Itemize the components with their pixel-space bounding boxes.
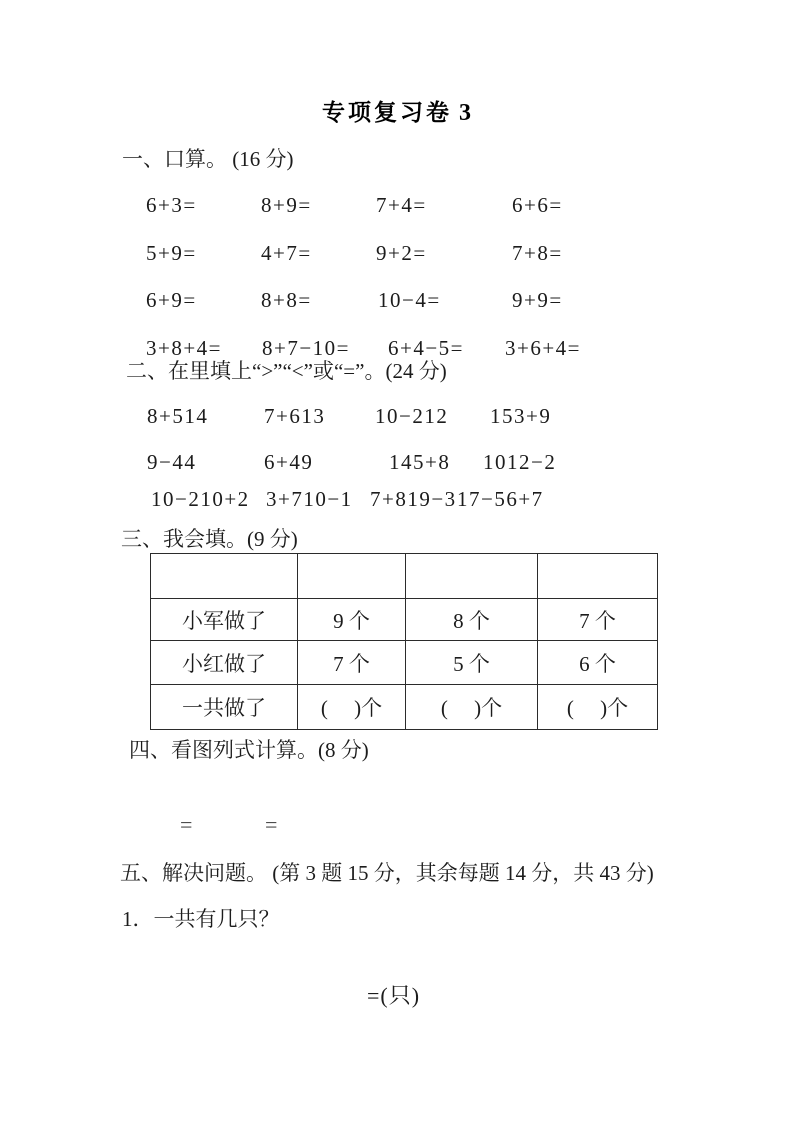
- table-cell: [538, 554, 658, 599]
- table-cell: 7 个: [538, 599, 658, 641]
- table-cell: ( )个: [298, 685, 406, 730]
- picture-equals-blank: =: [180, 812, 193, 837]
- oral-problem: 6+4−5=: [388, 336, 464, 360]
- table-row: 小红做了 7 个 5 个 6 个: [151, 641, 658, 685]
- page-title-number: 3: [459, 100, 471, 126]
- section-picture-heading: 四、看图列式计算。(8 分): [129, 738, 369, 762]
- page-title-text: 专项复习卷: [322, 99, 452, 125]
- compare-problem: 153+9: [490, 404, 551, 428]
- oral-problem: 9+2=: [376, 241, 427, 265]
- oral-problem: 10−4=: [378, 288, 441, 312]
- page-title: 专项复习卷3: [0, 100, 793, 126]
- compare-problem: 17−56+7: [457, 487, 544, 511]
- table-cell: 7 个: [298, 641, 406, 685]
- compare-problem: 1012−2: [483, 450, 556, 474]
- section-compare-heading: 二、在里填上“>”“<”或“=”。(24 分): [126, 359, 447, 383]
- compare-problem: 145+8: [389, 450, 450, 474]
- compare-problem: 10−210+2: [151, 487, 250, 511]
- table-cell: [151, 554, 298, 599]
- compare-problem: 8+514: [147, 404, 208, 428]
- solve-item-1: 1．一共有几只？: [122, 907, 280, 931]
- table-row: 小军做了 9 个 8 个 7 个: [151, 599, 658, 641]
- compare-problem: 6+49: [264, 450, 313, 474]
- oral-problem: 6+6=: [512, 193, 563, 217]
- table-cell: ( )个: [406, 685, 538, 730]
- oral-problem: 7+8=: [512, 241, 563, 265]
- oral-problem: 8+9=: [261, 193, 312, 217]
- oral-problem: 5+9=: [146, 241, 197, 265]
- table-cell: 小红做了: [151, 641, 298, 685]
- table-cell: 小军做了: [151, 599, 298, 641]
- oral-problem: 6+3=: [146, 193, 197, 217]
- compare-problem: 7+613: [264, 404, 325, 428]
- section-oral-heading: 一、口算。 (16 分): [122, 147, 294, 171]
- compare-problem: 7+819−3: [370, 487, 457, 511]
- oral-problem: 8+8=: [261, 288, 312, 312]
- compare-problem: 10−212: [375, 404, 448, 428]
- compare-problem: 9−44: [147, 450, 196, 474]
- table-row: [151, 554, 658, 599]
- oral-problem: 9+9=: [512, 288, 563, 312]
- table-cell: 5 个: [406, 641, 538, 685]
- fill-table: 小军做了 9 个 8 个 7 个 小红做了 7 个 5 个 6 个 一共做了 (…: [150, 553, 658, 730]
- table-cell: 9 个: [298, 599, 406, 641]
- section-fill-heading: 三、我会填。(9 分): [121, 527, 298, 551]
- picture-equals-blank: =: [265, 812, 278, 837]
- oral-problem: 3+6+4=: [505, 336, 581, 360]
- oral-problem: 6+9=: [146, 288, 197, 312]
- table-cell: [406, 554, 538, 599]
- table-cell: 一共做了: [151, 685, 298, 730]
- table-cell: ( )个: [538, 685, 658, 730]
- table-row: 一共做了 ( )个 ( )个 ( )个: [151, 685, 658, 730]
- section-solve-heading: 五、解决问题。 (第 3 题 15 分，其余每题 14 分，共 43 分): [120, 861, 654, 885]
- oral-problem: 3+8+4=: [146, 336, 222, 360]
- table-cell: 6 个: [538, 641, 658, 685]
- compare-problem: 3+710−1: [266, 487, 353, 511]
- table-cell: 8 个: [406, 599, 538, 641]
- worksheet-page: 专项复习卷3 一、口算。 (16 分) 6+3= 8+9= 7+4= 6+6= …: [0, 0, 793, 1122]
- table-cell: [298, 554, 406, 599]
- oral-problem: 8+7−10=: [262, 336, 350, 360]
- oral-problem: 4+7=: [261, 241, 312, 265]
- answer-blank: =(只): [367, 983, 420, 1008]
- oral-problem: 7+4=: [376, 193, 427, 217]
